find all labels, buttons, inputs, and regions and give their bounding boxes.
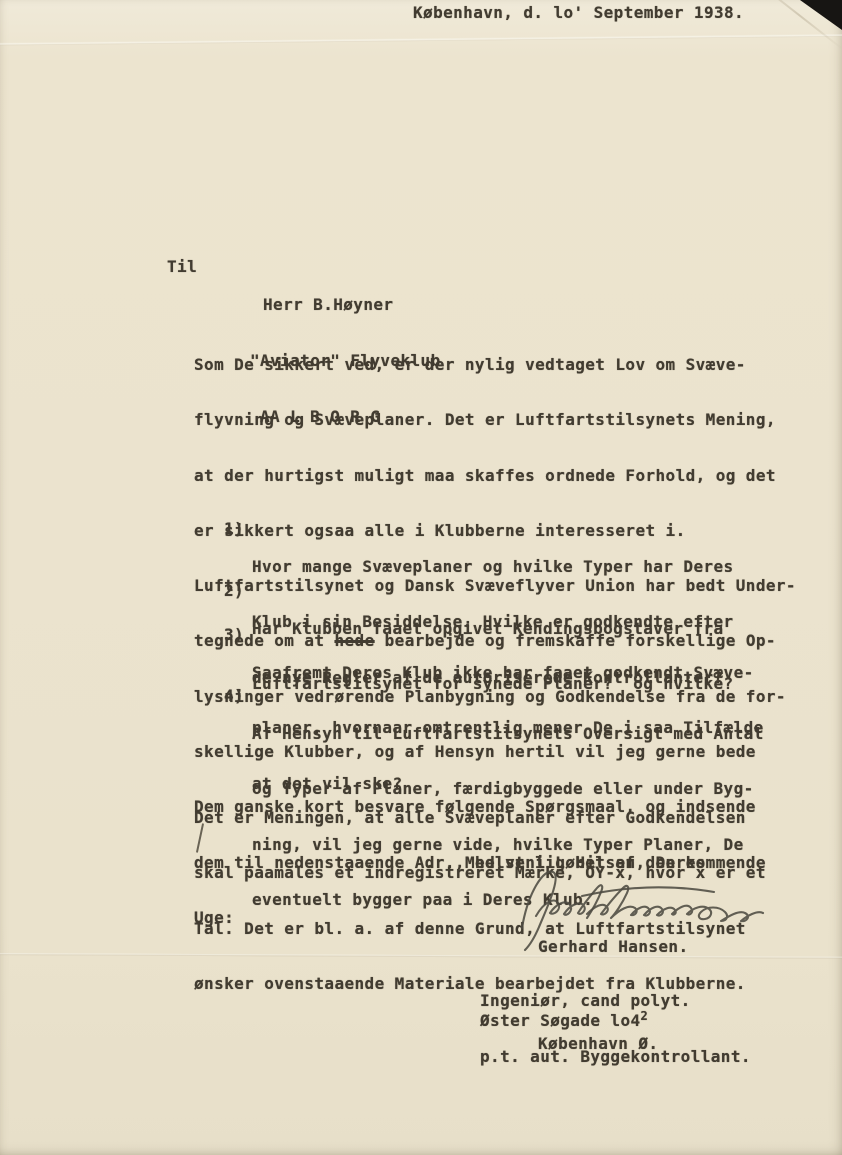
recipient-name: Herr B.Høyner <box>250 296 441 314</box>
question-line: Af Hensyn til Luftfartstilsynets Oversig… <box>252 725 764 742</box>
corner-fold <box>800 0 842 30</box>
question-number: 4) <box>224 687 252 704</box>
paper-crease-top <box>0 33 842 45</box>
body-line: Som De sikkert ved, er der nylig vedtage… <box>194 356 796 373</box>
body-line: flyvning og Svæveplaner. Det er Luftfart… <box>194 411 796 428</box>
sender-address-city: København Ø. <box>538 1034 658 1053</box>
question-number: 2) <box>224 582 252 599</box>
body-line: at der hurtigst muligt maa skaffes ordne… <box>194 467 796 484</box>
sender-title: Ingeniør, cand polyt. <box>480 992 751 1010</box>
question-line: Saafremt Deres Klub ikke har faaet godke… <box>252 664 764 681</box>
question-number: 3) <box>224 626 252 643</box>
sender-address-street: Øster Søgade lo42 <box>480 1009 648 1030</box>
letter-page: København, d. lo' September 1938. Til He… <box>0 0 842 1155</box>
question-line: Hvor mange Svæveplaner og hvilke Typer h… <box>252 558 734 575</box>
street-superscript: 2 <box>641 1009 648 1023</box>
question-number: 1) <box>224 520 252 537</box>
recipient-label: Til <box>167 257 197 276</box>
dateline: København, d. lo' September 1938. <box>413 3 744 22</box>
body-line: Det er Meningen, at alle Svæveplaner eft… <box>194 809 766 826</box>
street-text: Øster Søgade lo4 <box>480 1011 641 1030</box>
